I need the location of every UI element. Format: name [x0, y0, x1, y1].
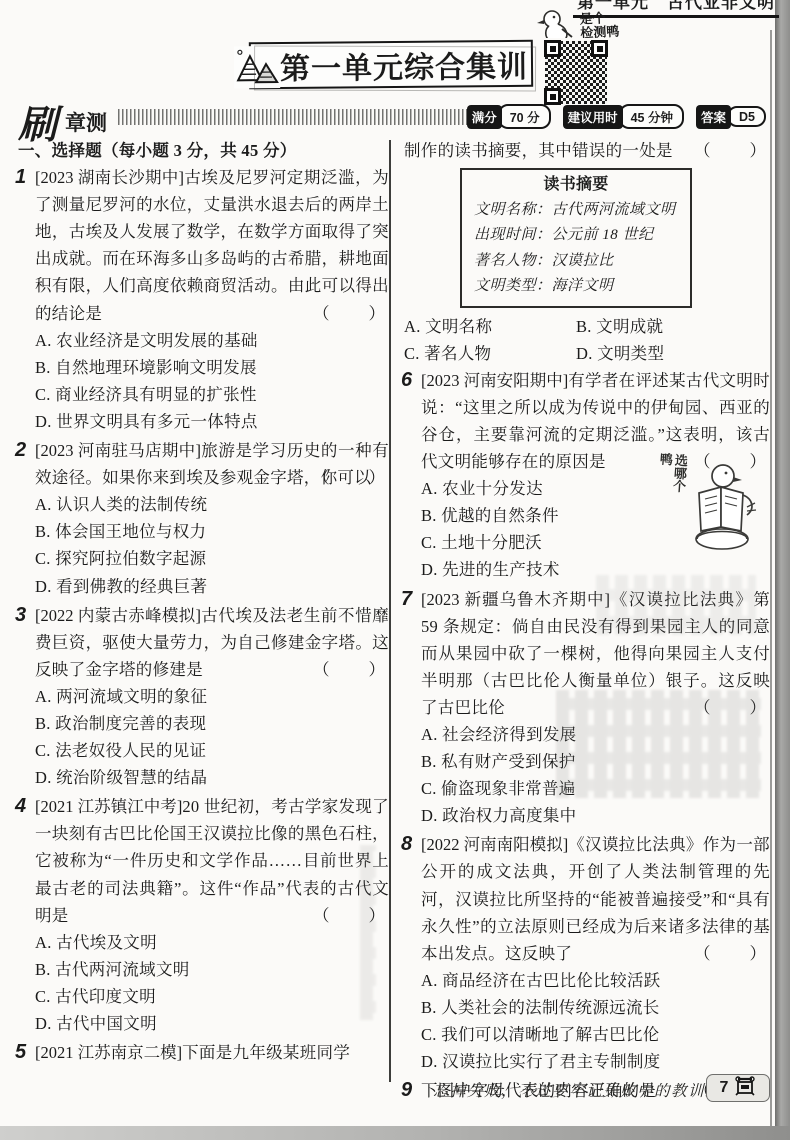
full-score-badge: 满分 70 分	[467, 104, 551, 129]
option-a: A. 认识人类的法制传统	[35, 491, 389, 518]
question-number: 6	[401, 367, 411, 394]
question-number: 5	[15, 1039, 25, 1066]
pyramids-icon	[234, 46, 280, 88]
answer-paren: （ ）	[694, 137, 768, 164]
question-source: [2021 江苏南京二模]	[35, 1043, 182, 1062]
scroll-icon	[734, 1076, 756, 1101]
full-score-label: 满分	[467, 105, 502, 129]
answer-paren: （ ）	[313, 300, 387, 327]
option-b: B. 人类社会的法制传统源远流长	[421, 994, 770, 1021]
option-b: B. 自然地理环境影响文明发展	[35, 354, 389, 381]
qr-caption-line2: 检测鸭	[580, 23, 643, 40]
footer-motto: 忘掉失败，不过要牢记失败中的教训。	[433, 1079, 722, 1101]
question-source: [2022 河南南阳模拟]	[421, 835, 568, 854]
question-number: 3	[15, 602, 25, 629]
answer-paren: （ ）	[313, 656, 387, 683]
summary-box-title: 读书摘要	[474, 172, 678, 198]
option-c: C. 古代印度文明	[35, 983, 389, 1010]
unit-title-banner: 第一单元综合集训	[249, 40, 533, 89]
question-5-start: 5 [2021 江苏南京二模]下面是九年级某班同学	[18, 1039, 389, 1066]
question-stem: [2023 湖南长沙期中]古埃及尼罗河定期泛滥，为了测量尼罗河的水位，丈量洪水退…	[35, 164, 389, 327]
question-5-options: A. 文明名称 B. 文明成就 C. 著名人物 D. 文明类型	[404, 313, 770, 367]
suggested-time-badge: 建议用时 45 分钟	[563, 104, 684, 129]
question-number: 8	[401, 831, 411, 858]
question-source: [2023 新疆乌鲁木齐期中]	[421, 590, 610, 609]
question-3: 3 [2022 内蒙古赤峰模拟]古代埃及法老生前不惜靡费巨资，驱使大量劳力，为自…	[18, 602, 389, 792]
option-b: B. 政治制度完善的表现	[35, 710, 389, 737]
option-c: C. 偷盗现象非常普遍	[421, 775, 770, 802]
suggested-time-value: 45 分钟	[619, 104, 684, 129]
question-number: 2	[15, 437, 25, 464]
question-4: 4 [2021 江苏镇江中考]20 世纪初，考古学家发现了一块刻有古巴比伦国王汉…	[18, 793, 389, 1037]
question-1: 1 [2023 湖南长沙期中]古埃及尼罗河定期泛滥，为了测量尼罗河的水位，丈量洪…	[18, 164, 389, 435]
option-d: D. 文明类型	[576, 340, 770, 367]
full-score-value: 70 分	[498, 104, 551, 129]
page-edge-line	[770, 30, 772, 1126]
option-a: A. 农业经济是文明发展的基础	[35, 327, 389, 354]
qr-code[interactable]	[545, 41, 607, 104]
question-number: 4	[15, 793, 25, 820]
question-source: [2023 河南驻马店期中]	[35, 441, 201, 460]
option-c: C. 法老奴役人民的见证	[35, 737, 389, 764]
question-2: 2 [2023 河南驻马店期中]旅游是学习历史的一种有效途径。如果你来到埃及参观…	[18, 437, 389, 600]
option-c: C. 著名人物	[404, 340, 576, 367]
option-b: B. 私有财产受到保护	[421, 748, 770, 775]
scan-edge-bottom	[0, 1126, 790, 1140]
question-text: 下面是九年级某班同学	[182, 1043, 350, 1062]
summary-line: 著名人物：汉谟拉比	[474, 249, 678, 275]
question-stem: [2023 河南驻马店期中]旅游是学习历史的一种有效途径。如果你来到埃及参观金字…	[35, 437, 389, 491]
question-stem: [2021 江苏镇江中考]20 世纪初，考古学家发现了一块刻有古巴比伦国王汉谟拉…	[35, 793, 389, 928]
option-a: A. 文明名称	[404, 313, 576, 340]
option-a: A. 商品经济在古巴比伦比较活跃	[421, 967, 770, 994]
summary-line: 文明类型：海洋文明	[474, 274, 678, 300]
page-number-badge: 7	[706, 1074, 770, 1102]
option-d: D. 统治阶级智慧的结晶	[35, 764, 389, 791]
question-stem: [2021 江苏南京二模]下面是九年级某班同学	[35, 1039, 389, 1066]
answer-page-badge: 答案 D5	[696, 105, 766, 129]
section-title: 一、选择题（每小题 3 分，共 45 分）	[18, 137, 389, 164]
question-number: 7	[401, 586, 411, 613]
option-a: A. 两河流域文明的象征	[35, 683, 389, 710]
option-b: B. 文明成就	[576, 313, 770, 340]
option-d: D. 世界文明具有多元一体特点	[35, 408, 389, 435]
qr-finder-icon	[591, 40, 608, 57]
left-column: 一、选择题（每小题 3 分，共 45 分） 1 [2023 湖南长沙期中]古埃及…	[18, 137, 389, 1068]
option-a: A. 古代埃及文明	[35, 929, 389, 956]
test-bar-badges: 满分 70 分 建议用时 45 分钟 答案 D5	[467, 104, 766, 129]
answer-page-value: D5	[727, 106, 766, 127]
question-stem: [2023 新疆乌鲁木齐期中]《汉谟拉比法典》第 59 条规定：倘自由民没有得到…	[421, 586, 770, 721]
stripe-pattern	[118, 109, 520, 125]
test-bar: 刷 章测 满分 70 分 建议用时 45 分钟 答案 D5	[18, 98, 770, 132]
question-number: 9	[401, 1077, 411, 1104]
banner-title: 第一单元综合集训	[280, 41, 528, 87]
scan-edge-right	[775, 0, 790, 1140]
question-stem: [2022 河南南阳模拟]《汉谟拉比法典》作为一部公开的成文法典，开创了人类法制…	[421, 831, 770, 966]
option-d: D. 汉谟拉比实行了君主专制制度	[421, 1048, 770, 1075]
suggested-time-label: 建议用时	[563, 105, 623, 129]
option-b: B. 古代两河流域文明	[35, 956, 389, 983]
reading-summary-box: 读书摘要 文明名称：古代两河流域文明 出现时间：公元前 18 世纪 著名人物：汉…	[460, 168, 692, 308]
question-number: 1	[15, 164, 25, 191]
page-number: 7	[720, 1079, 729, 1097]
qr-caption: 是个 检测鸭	[579, 9, 642, 40]
summary-line: 出现时间：公元前 18 世纪	[474, 223, 678, 249]
column-divider	[389, 140, 391, 1082]
brand-small: 章测	[65, 107, 107, 137]
duck-mascot-caption: 选哪个鸭	[656, 452, 689, 494]
question-source: [2023 河南安阳期中]	[421, 371, 568, 390]
option-d: D. 政治权力高度集中	[421, 802, 770, 829]
question-source: [2023 湖南长沙期中]	[35, 168, 184, 187]
option-a: A. 社会经济得到发展	[421, 721, 770, 748]
question-7: 7 [2023 新疆乌鲁木齐期中]《汉谟拉比法典》第 59 条规定：倘自由民没有…	[404, 586, 770, 830]
option-c: C. 我们可以清晰地了解古巴比伦	[421, 1021, 770, 1048]
option-b: B. 体会国王地位与权力	[35, 518, 389, 545]
qr-finder-icon	[544, 40, 561, 57]
answer-paren: （ ）	[694, 694, 768, 721]
answer-paren: （ ）	[694, 940, 768, 967]
question-source: [2021 江苏镇江中考]	[35, 797, 182, 816]
option-c: C. 探究阿拉伯数字起源	[35, 545, 389, 572]
right-column: 制作的读书摘要，其中错误的一处是 （ ） 读书摘要 文明名称：古代两河流域文明 …	[404, 137, 770, 1106]
answer-page-label: 答案	[696, 105, 731, 129]
summary-line: 文明名称：古代两河流域文明	[474, 198, 678, 224]
option-d: D. 看到佛教的经典巨著	[35, 573, 389, 600]
question-5-continuation: 制作的读书摘要，其中错误的一处是 （ ）	[404, 137, 770, 164]
answer-paren: （ ）	[313, 464, 387, 491]
duck-reading-mascot: 选哪个鸭	[655, 443, 773, 561]
question-source: [2022 内蒙古赤峰模拟]	[35, 606, 201, 625]
option-d: D. 古代中国文明	[35, 1010, 389, 1037]
question-text: 制作的读书摘要，其中错误的一处是	[404, 141, 673, 160]
option-c: C. 商业经济具有明显的扩张性	[35, 381, 389, 408]
question-8: 8 [2022 河南南阳模拟]《汉谟拉比法典》作为一部公开的成文法典，开创了人类…	[404, 831, 770, 1075]
question-stem: [2022 内蒙古赤峰模拟]古代埃及法老生前不惜靡费巨资，驱使大量劳力，为自己修…	[35, 602, 389, 683]
answer-paren: （ ）	[313, 902, 387, 929]
workbook-page: 第一单元 古代亚非文明 第一单元综合集训 是个 检测鸭	[0, 0, 790, 1140]
